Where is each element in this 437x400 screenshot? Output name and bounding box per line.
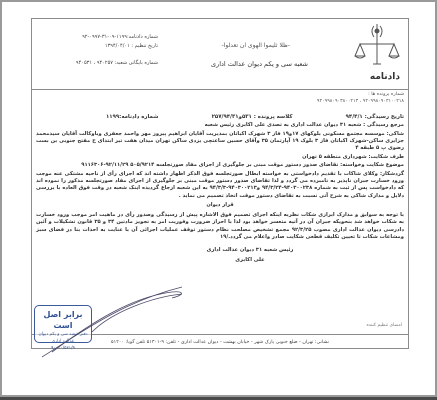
document-header: دادنامه -ظلا ثلیموا الهوی ان تعدلوا- شعب… bbox=[32, 19, 408, 90]
files-label: شماره پرونده ها : bbox=[36, 91, 404, 98]
subject: موضوع شکایت وخواسته: تقاضای صدور دستور م… bbox=[36, 162, 404, 169]
files-value: ۹۴۰۹۹۸۰۹۰۳۱۰۰۲۱۸ ، ۹۴۰۹۹۸۰۹۰۳۸۰۰۲۱۳ bbox=[36, 98, 404, 105]
proceedings: گردشکار: وکلای شاکات با تقدیم دادخواستی … bbox=[36, 171, 404, 201]
case-class: کلاسه پرونده : ۵۳۱و۲۵۷/۹۴/۳۱ bbox=[212, 114, 293, 121]
verdict-number: شماره دادنامه:۱۱۹۹-۰۹-۳۱-۰۹۹۷-۹۲ bbox=[38, 33, 158, 42]
archive-number: شماره بایگانی شعبه: ۹۴۰۲۵۷ ، ۹۴۰۵۳۱ bbox=[38, 59, 158, 68]
decision-title: قرار دیوان bbox=[36, 202, 404, 209]
stamp-code: ۹۰۰۰۰/۵۳۱/۹ bbox=[35, 345, 91, 352]
verdict-no: شماره دادنامه:۱۱۹۹ bbox=[106, 114, 158, 121]
signature-block: رئیس شعبه ۳۱ دیوان عدالت اداری علی اکابر… bbox=[36, 245, 404, 265]
court-name: شعبه سی و یکم دیوان عدالت اداری bbox=[211, 60, 308, 68]
verdict-document: دادنامه -ظلا ثلیموا الهوی ان تعدلوا- شعب… bbox=[31, 18, 409, 349]
certified-copy-stamp: برابر اصل است دفتر شعبه سی و یکم دیوان ع… bbox=[34, 305, 92, 343]
document-body: شماره پرونده ها : ۹۴۰۹۹۸۰۹۰۳۱۰۰۲۱۸ ، ۹۴۰… bbox=[36, 91, 404, 265]
document-viewer: دادنامه -ظلا ثلیموا الهوی ان تعدلوا- شعب… bbox=[0, 0, 437, 397]
document-meta: شماره دادنامه:۱۱۹۹-۰۹-۳۱-۰۹۹۷-۹۲ تاریخ ت… bbox=[38, 33, 158, 68]
iran-emblem-scales-icon bbox=[352, 22, 402, 70]
motto: -ظلا ثلیموا الهوی ان تعدلوا- bbox=[222, 42, 290, 49]
stamp-main-text: برابر اصل است bbox=[35, 309, 91, 331]
plaintiff: شاکی: موسسه مجتمع مسکونی بلوکهای ۱۷و۱۹ ف… bbox=[36, 131, 404, 153]
signature-name: علی اکابری bbox=[96, 255, 404, 265]
document-kind: دادنامه bbox=[370, 72, 400, 82]
authority: مرجع رسیدگی : شعبه ۳۱ دیوان عدالت اداری … bbox=[36, 122, 404, 129]
stamp-sub-text: دفتر شعبه سی و یکم دیوان عدالت اداری bbox=[35, 331, 91, 345]
hearing-date: تاریخ رسیدگی: ۹۴/۴/۱ bbox=[346, 114, 404, 121]
issue-date: تاریخ تنظیم : ۱۳۹۴/۰۴/۰۱ bbox=[38, 42, 158, 51]
decision: با توجه به سوابق و مدارک ابرازی شکات نظر… bbox=[36, 212, 404, 242]
signer-label: امضای تنظیم کننده bbox=[366, 323, 402, 328]
signature-title: رئیس شعبه ۳۱ دیوان عدالت اداری bbox=[96, 245, 404, 255]
defendant: طرف شکایت: شهرداری منطقه ۵ تهران bbox=[36, 154, 404, 161]
case-info-row: تاریخ رسیدگی: ۹۴/۴/۱ کلاسه پرونده : ۵۳۱و… bbox=[36, 114, 404, 121]
